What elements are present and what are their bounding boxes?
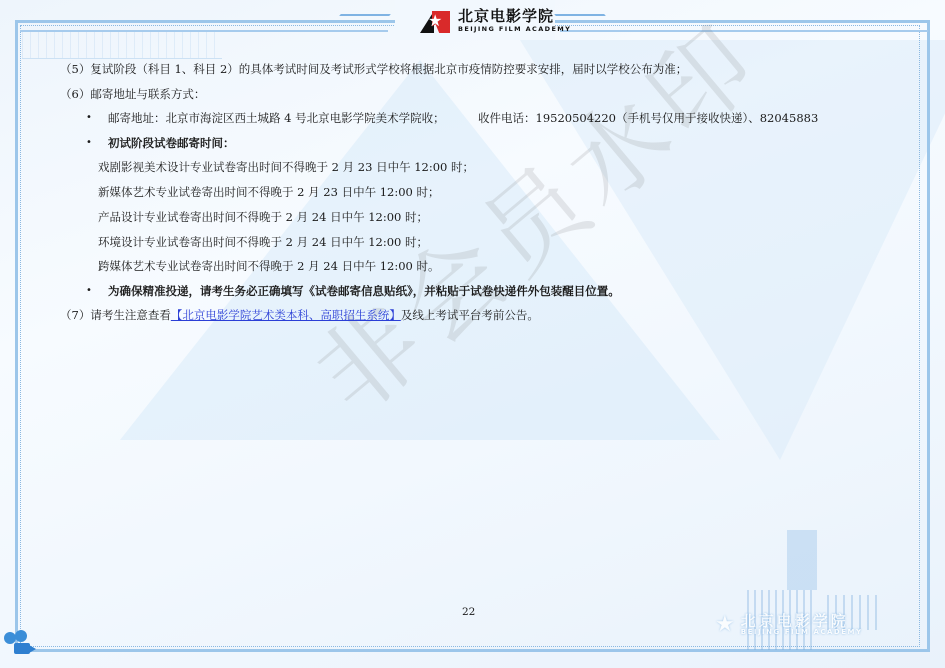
footer-logo-chinese: 北京电影学院 [741, 614, 863, 629]
header-rule-right [560, 30, 928, 32]
page-number: 22 [462, 606, 475, 618]
logo-english-name: BEIJING FILM ACADEMY [458, 26, 571, 33]
film-camera-icon [4, 630, 38, 658]
footer-logo-english: BEIJING FILM ACADEMY [741, 629, 863, 636]
deadline-heading: 初试阶段试卷邮寄时间： [108, 136, 235, 150]
recipient-phone: 收件电话：19520504220（手机号仅用于接收快递）、82045883 [478, 111, 818, 125]
building-sketch-top [22, 30, 222, 59]
header-accent-left [339, 14, 391, 16]
bullet-icon: • [86, 112, 92, 123]
item-7-suffix: 及线上考试平台考前公告。 [401, 308, 539, 322]
bullet-icon: • [86, 137, 92, 148]
deadline-item: 戏剧影视美术设计专业试卷寄出时间不得晚于 2 月 23 日中午 12:00 时； [98, 160, 474, 174]
logo-chinese-name: 北京电影学院 [458, 9, 571, 24]
footer-logo: ★ 北京电影学院 BEIJING FILM ACADEMY [715, 612, 863, 637]
deadline-item: 环境设计专业试卷寄出时间不得晚于 2 月 24 日中午 12:00 时； [98, 235, 428, 249]
star-emblem-icon: ★ [420, 9, 452, 33]
star-emblem-icon: ★ [715, 612, 735, 637]
item-7-prefix: （7）请考生注意查看 [60, 308, 171, 322]
item-7-text: （7）请考生注意查看【北京电影学院艺术类本科、高职招生系统】及线上考试平台考前公… [60, 308, 539, 322]
bullet-icon: • [86, 285, 92, 296]
document-page: ★ 北京电影学院 BEIJING FILM ACADEMY 非会员水印 （5）复… [0, 0, 945, 668]
academy-logo: ★ 北京电影学院 BEIJING FILM ACADEMY [420, 9, 571, 33]
item-6-heading: （6）邮寄地址与联系方式： [60, 87, 205, 101]
deadline-item: 新媒体艺术专业试卷寄出时间不得晚于 2 月 23 日中午 12:00 时； [98, 185, 440, 199]
mailing-address: 邮寄地址：北京市海淀区西土城路 4 号北京电影学院美术学院收； [108, 111, 445, 125]
admission-system-link[interactable]: 【北京电影学院艺术类本科、高职招生系统】 [171, 308, 401, 322]
deadline-item: 产品设计专业试卷寄出时间不得晚于 2 月 24 日中午 12:00 时； [98, 210, 428, 224]
deadline-item: 跨媒体艺术专业试卷寄出时间不得晚于 2 月 24 日中午 12:00 时。 [98, 259, 440, 273]
item-5-text: （5）复试阶段（科目 1、科目 2）的具体考试时间及考试形式学校将根据北京市疫情… [60, 62, 687, 76]
header-rule-left [20, 30, 388, 32]
sticker-notice: 为确保精准投递，请考生务必正确填写《试卷邮寄信息贴纸》，并粘贴于试卷快递件外包装… [108, 284, 620, 298]
